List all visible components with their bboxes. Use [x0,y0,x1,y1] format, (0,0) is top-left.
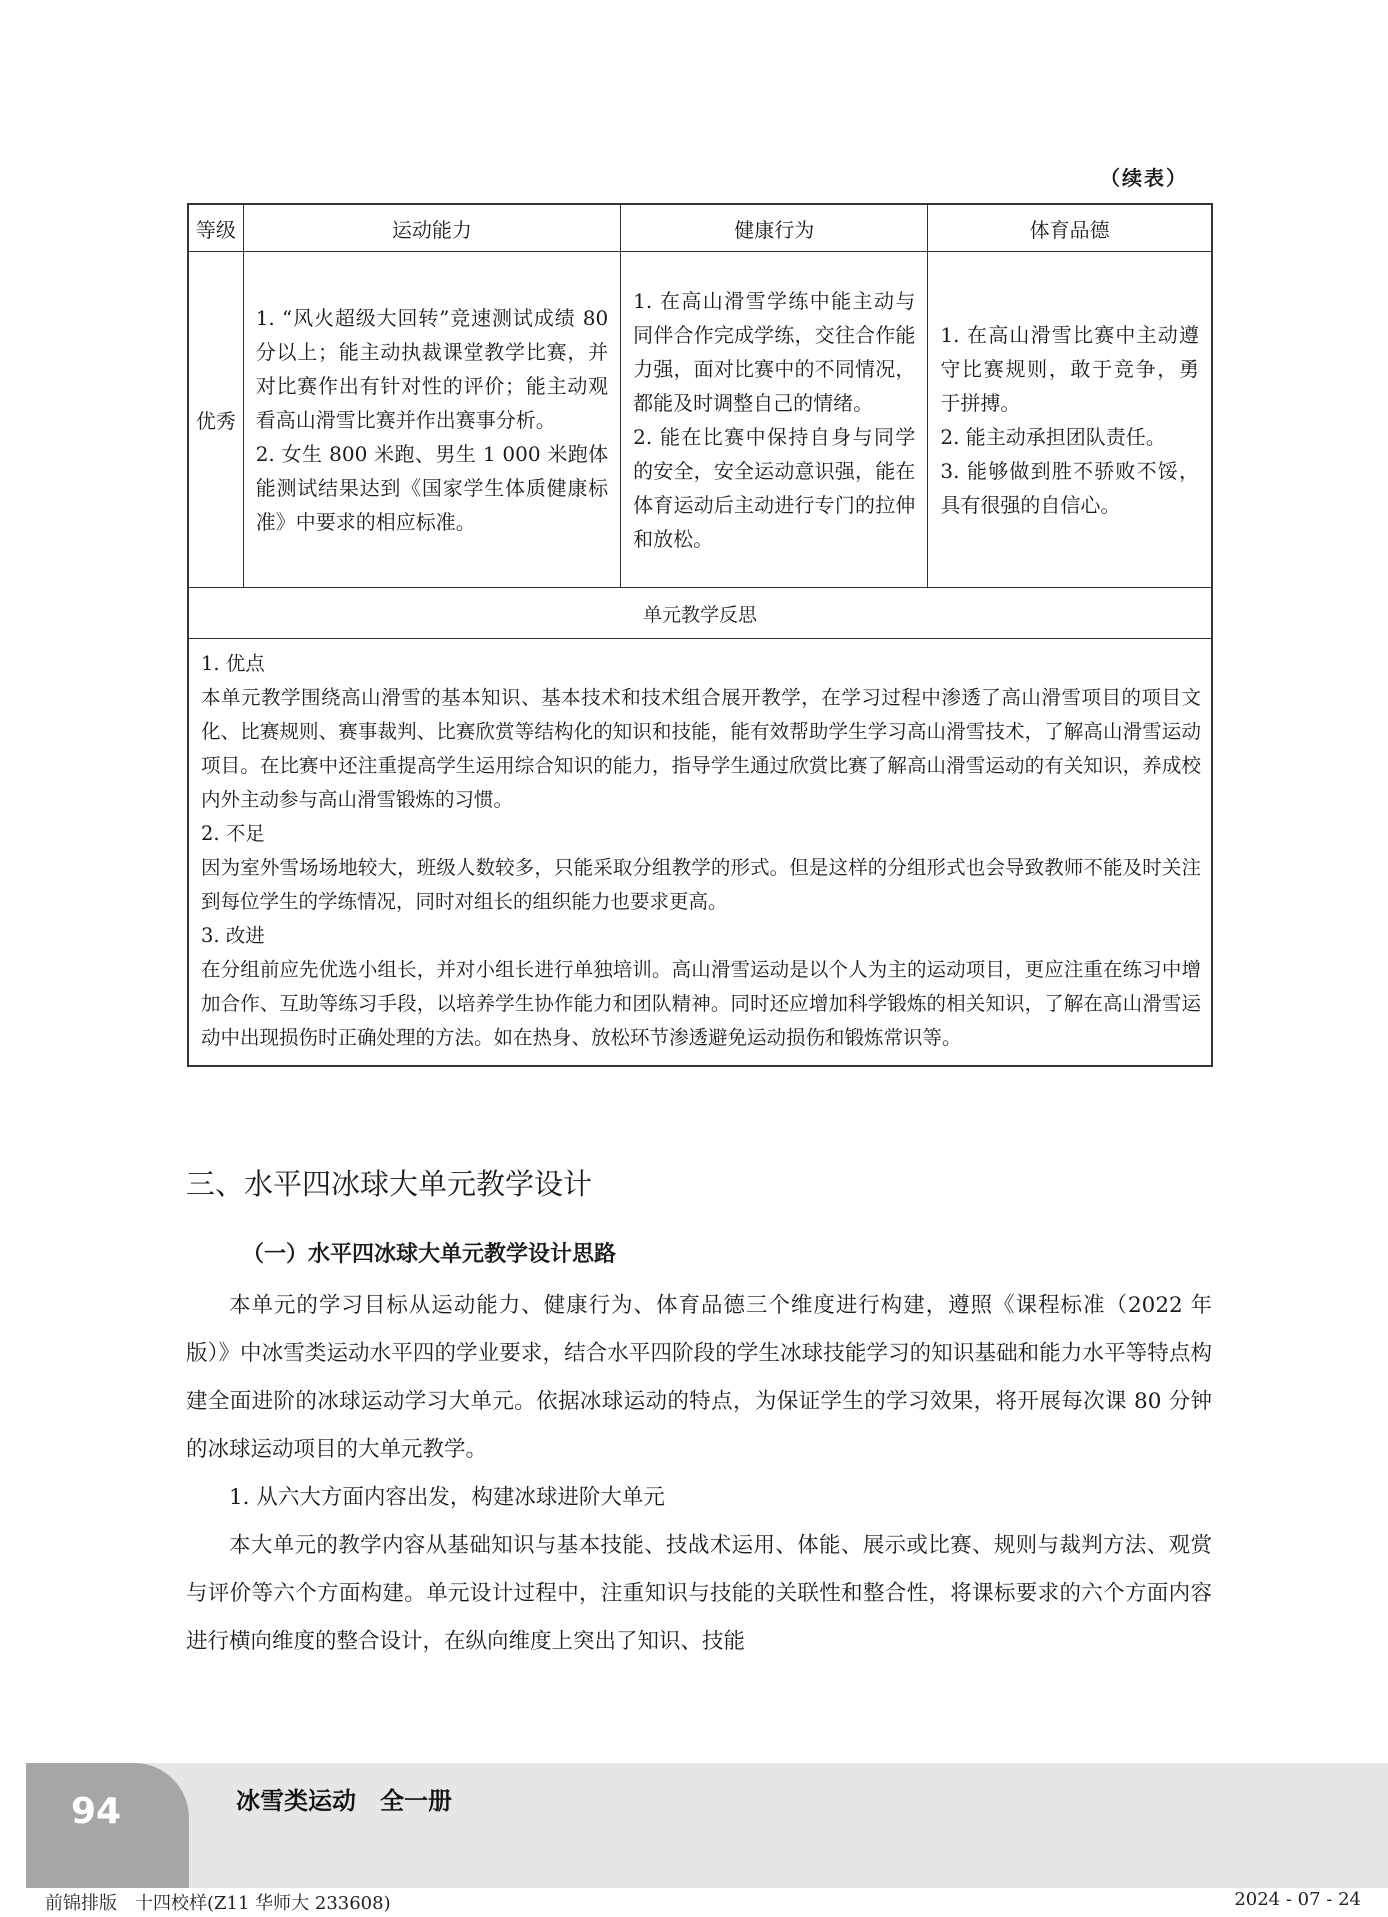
page-number-tab: 94 [26,1763,189,1888]
header-grade: 等级 [188,204,243,252]
grade-cell: 优秀 [188,252,243,588]
page-number: 94 [26,1791,166,1832]
paragraph: 本大单元的教学内容从基础知识与基本技能、技战术运用、体能、展示或比赛、规则与裁判… [186,1522,1212,1666]
reflection-title-row: 单元教学反思 [188,588,1212,639]
criterion-item: 2. 能主动承担团队责任。 [940,420,1199,454]
sports-ethics-cell: 1. 在高山滑雪比赛中主动遵守比赛规则，敢于竞争，勇于拼搏。 2. 能主动承担团… [928,252,1212,588]
criterion-item: 1. 在高山滑雪学练中能主动与同伴合作完成学练，交往合作能力强，面对比赛中的不同… [633,284,915,420]
paragraph: 本单元的学习目标从运动能力、健康行为、体育品德三个维度进行构建，遵照《课程标准（… [186,1282,1212,1474]
book-title: 冰雪类运动 全一册 [236,1781,452,1816]
table-header-row: 等级 运动能力 健康行为 体育品德 [188,204,1212,252]
criterion-item: 2. 女生 800 米跑、男生 1 000 米跑体能测试结果达到《国家学生体质健… [256,437,608,539]
table-row: 优秀 1. “风火超级大回转”竞速测试成绩 80 分以上；能主动执裁课堂教学比赛… [188,252,1212,588]
motor-ability-cell: 1. “风火超级大回转”竞速测试成绩 80 分以上；能主动执裁课堂教学比赛，并对… [243,252,620,588]
reflection-text: 本单元教学围绕高山滑雪的基本知识、基本技术和技术组合展开教学，在学习过程中渗透了… [201,681,1201,817]
reflection-body: 1. 优点 本单元教学围绕高山滑雪的基本知识、基本技术和技术组合展开教学，在学习… [188,639,1212,1067]
reflection-text: 在分组前应先优选小组长，并对小组长进行单独培训。高山滑雪运动是以个人为主的运动项… [201,953,1201,1055]
criterion-item: 3. 能够做到胜不骄败不馁，具有很强的自信心。 [940,454,1199,522]
reflection-text: 因为室外雪场场地较大，班级人数较多，只能采取分组教学的形式。但是这样的分组形式也… [201,851,1201,919]
header-health-behavior: 健康行为 [621,204,928,252]
reflection-heading: 3. 改进 [201,919,1201,953]
criterion-item: 1. 在高山滑雪比赛中主动遵守比赛规则，敢于竞争，勇于拼搏。 [940,318,1199,420]
criterion-item: 1. “风火超级大回转”竞速测试成绩 80 分以上；能主动执裁课堂教学比赛，并对… [256,301,608,437]
criterion-item: 2. 能在比赛中保持自身与同学的安全，安全运动意识强，能在体育运动后主动进行专门… [633,420,915,556]
reflection-title: 单元教学反思 [188,588,1212,639]
print-date: 2024 - 07 - 24 [1234,1889,1361,1910]
section-title: 三、水平四冰球大单元教学设计 [186,1162,592,1203]
reflection-heading: 1. 优点 [201,647,1201,681]
body-text: 本单元的学习目标从运动能力、健康行为、体育品德三个维度进行构建，遵照《课程标准（… [186,1282,1212,1666]
reflection-body-row: 1. 优点 本单元教学围绕高山滑雪的基本知识、基本技术和技术组合展开教学，在学习… [188,639,1212,1067]
numbered-heading: 1. 从六大方面内容出发，构建冰球进阶大单元 [186,1474,1212,1522]
header-sports-ethics: 体育品德 [928,204,1212,252]
continued-table-label: （续表） [1100,162,1188,191]
footer-band [26,1763,1388,1888]
subsection-title: （一）水平四冰球大单元教学设计思路 [242,1237,616,1268]
print-info: 前锦排版 十四校样(Z11 华师大 233608) [45,1889,391,1915]
header-motor-ability: 运动能力 [243,204,620,252]
reflection-heading: 2. 不足 [201,817,1201,851]
health-behavior-cell: 1. 在高山滑雪学练中能主动与同伴合作完成学练，交往合作能力强，面对比赛中的不同… [621,252,928,588]
assessment-table: 等级 运动能力 健康行为 体育品德 优秀 1. “风火超级大回转”竞速测试成绩 … [187,203,1213,1067]
